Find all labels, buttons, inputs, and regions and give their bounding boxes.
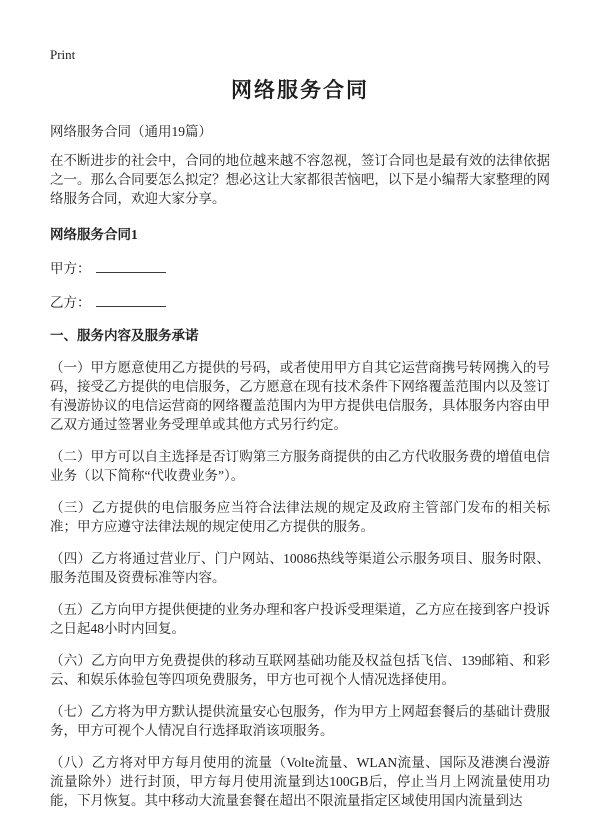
print-link[interactable]: Print xyxy=(50,47,75,63)
clause-paragraph-7: （七）乙方将为甲方默认提供流量安心包服务，作为甲方上网超套餐后的基础计费服务，甲… xyxy=(50,702,550,740)
document-page: Print 网络服务合同 网络服务合同（通用19篇） 在不断进步的社会中，合同的… xyxy=(0,0,600,828)
party-b-row: 乙方： xyxy=(50,293,550,312)
party-a-label: 甲方： xyxy=(50,261,91,276)
contract-section-title: 网络服务合同1 xyxy=(50,225,550,244)
document-content: Print 网络服务合同 网络服务合同（通用19篇） 在不断进步的社会中，合同的… xyxy=(0,0,600,810)
party-b-blank-line xyxy=(96,293,166,307)
clause-paragraph-2: （二）甲方可以自主选择是否订购第三方服务商提供的由乙方代收服务费的增值电信业务（… xyxy=(50,447,550,485)
clause-paragraph-1: （一）甲方愿意使用乙方提供的号码，或者使用甲方自其它运营商携号转网携入的号码，接… xyxy=(50,358,550,434)
clause-section-heading: 一、服务内容及服务承诺 xyxy=(50,326,550,345)
clause-paragraph-4: （四）乙方将通过营业厅、门户网站、10086热线等渠道公示服务项目、服务时限、服… xyxy=(50,549,550,587)
party-a-blank-line xyxy=(96,259,166,273)
party-b-label: 乙方： xyxy=(50,295,91,310)
document-subtitle: 网络服务合同（通用19篇） xyxy=(50,122,550,141)
clause-paragraph-5: （五）乙方向甲方提供便捷的业务办理和客户投诉受理渠道，乙方应在接到客户投诉之日起… xyxy=(50,600,550,638)
clause-paragraph-8: （八）乙方将对甲方每月使用的流量（Volte流量、WLAN流量、国际及港澳台漫游… xyxy=(50,753,550,810)
party-a-row: 甲方： xyxy=(50,259,550,278)
clause-paragraph-3: （三）乙方提供的电信服务应当符合法律法规的规定及政府主管部门发布的相关标准；甲方… xyxy=(50,498,550,536)
clause-paragraph-6: （六）乙方向甲方免费提供的移动互联网基础功能及权益包括飞信、139邮箱、和彩云、… xyxy=(50,651,550,689)
page-title: 网络服务合同 xyxy=(50,77,550,103)
intro-paragraph: 在不断进步的社会中，合同的地位越来越不容忽视，签订合同也是最有效的法律依据之一。… xyxy=(50,151,550,208)
